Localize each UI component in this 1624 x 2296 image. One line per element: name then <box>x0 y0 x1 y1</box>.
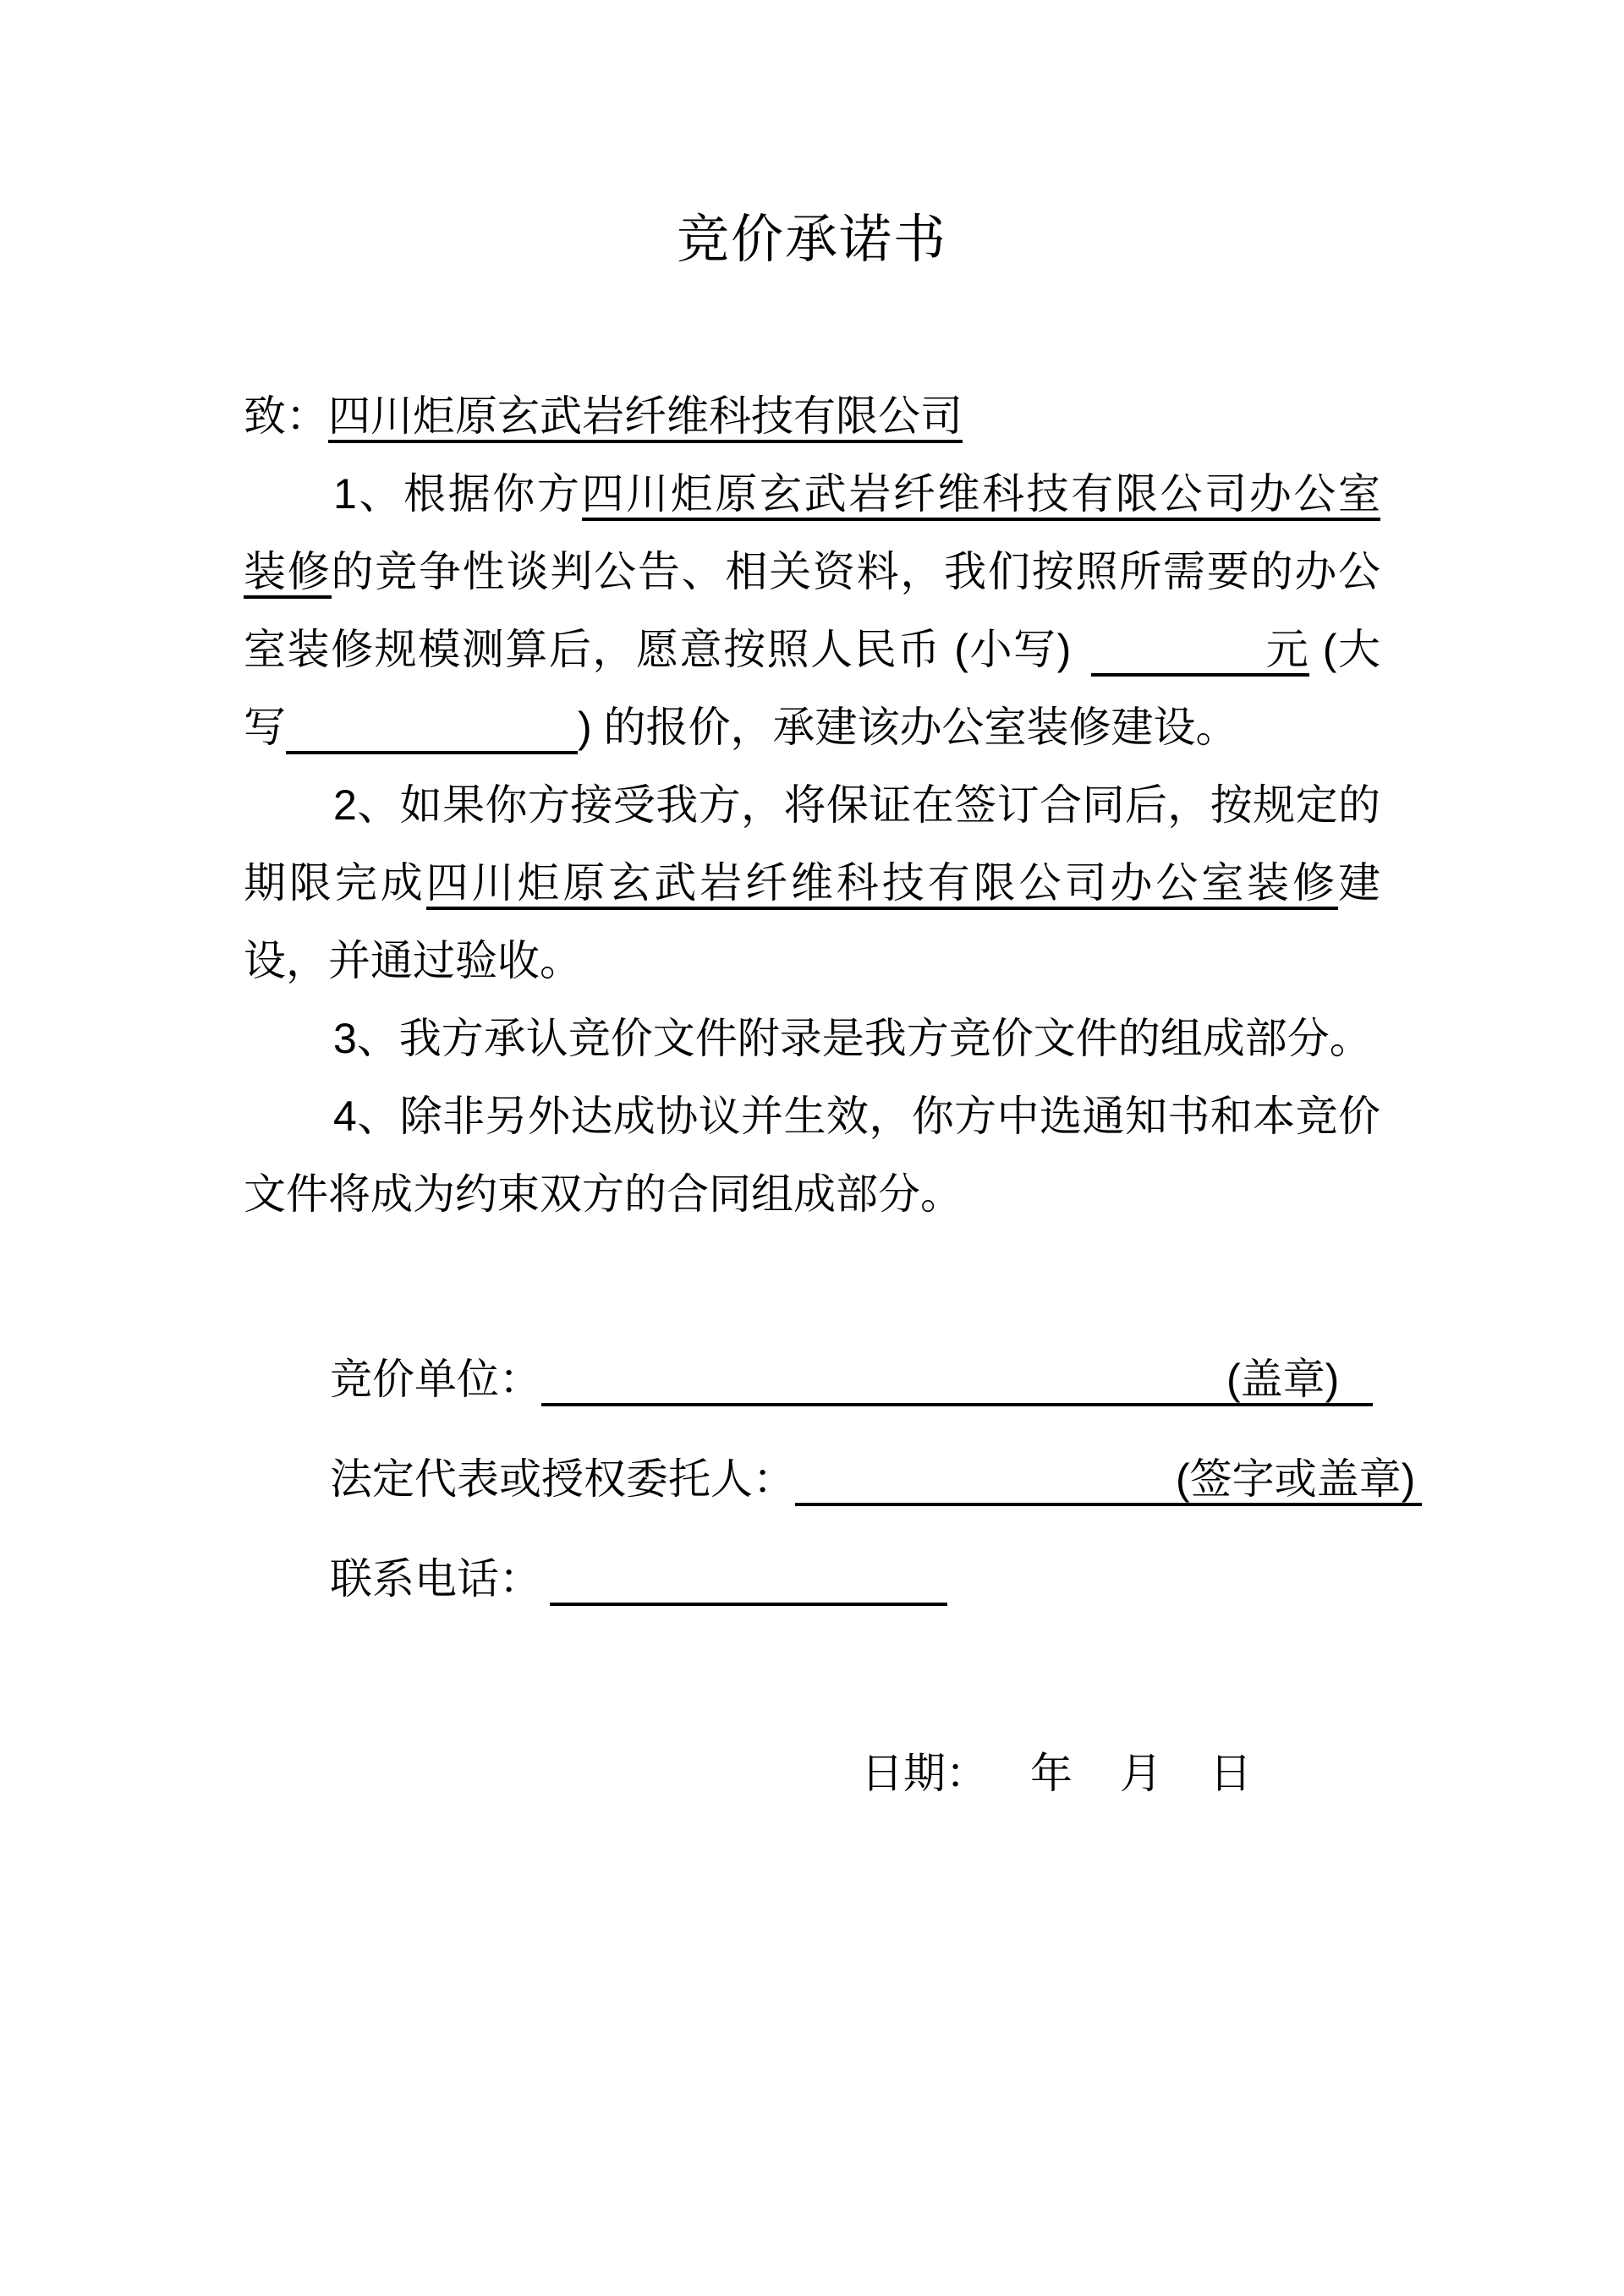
blank-representative-signature: (签字或盖章) <box>795 1455 1422 1506</box>
date-year-label: 年 <box>1030 1750 1073 1797</box>
para1-line1-text: 1、根据你方 <box>333 470 582 518</box>
para3-line1: 3、我方承认竞价文件附录是我方竞价文件的组成部分。 <box>244 1000 1380 1077</box>
bidder-unit-line: 竞价单位：(盖章) <box>330 1350 1385 1409</box>
para1-line3-tail: (大 <box>1309 626 1380 673</box>
para4-line2-text: 文件将成为约束双方的合同组成部分。 <box>244 1170 963 1218</box>
para2-line2-head: 期限完成 <box>244 859 426 907</box>
para2-line3: 设，并通过验收。 <box>244 922 1380 1000</box>
signature-block: 竞价单位：(盖章) 法定代表或授权委托人：(签字或盖章) 联系电话： <box>330 1350 1385 1649</box>
date-line: 日期：年月日 <box>861 1744 1252 1803</box>
para1-line4: 写) 的报价，承建该办公室装修建设。 <box>244 688 1380 766</box>
legal-representative-label: 法定代表或授权委托人： <box>330 1455 795 1503</box>
date-month-label: 月 <box>1120 1750 1162 1797</box>
para1-line4-tail: ) 的报价，承建该办公室装修建设。 <box>578 704 1238 751</box>
para3-text: 3、我方承认竞价文件附录是我方竞价文件的组成部分。 <box>333 1015 1372 1062</box>
para4-line1: 4、除非另外达成协议并生效，你方中选通知书和本竞价 <box>244 1077 1380 1155</box>
para4-line1-text: 4、除非另外达成协议并生效，你方中选通知书和本竞价 <box>333 1093 1380 1140</box>
contact-phone-label: 联系电话： <box>330 1555 541 1603</box>
sign-or-seal-note: (签字或盖章) <box>1176 1455 1415 1503</box>
blank-amount-words <box>286 704 578 754</box>
para1-line3: 室装修规模测算后，愿意按照人民币 (小写)元 (大 <box>244 611 1380 688</box>
yuan-unit-underlined: 元 <box>1265 626 1309 677</box>
contact-phone-line: 联系电话： <box>330 1549 1385 1608</box>
salutation-line: 致：四川炬原玄武岩纤维科技有限公司 <box>244 377 1380 455</box>
document-body: 致：四川炬原玄武岩纤维科技有限公司 1、根据你方四川炬原玄武岩纤维科技有限公司办… <box>244 377 1380 1233</box>
document-page: 竞价承诺书 致：四川炬原玄武岩纤维科技有限公司 1、根据你方四川炬原玄武岩纤维科… <box>0 0 1624 2296</box>
seal-note: (盖章) <box>1226 1356 1339 1403</box>
date-day-label: 日 <box>1210 1750 1252 1797</box>
blank-amount-numeric <box>1091 626 1265 677</box>
para2-line1: 2、如果你方接受我方，将保证在签订合同后，按规定的 <box>244 766 1380 844</box>
blank-bidder-name: (盖章) <box>541 1356 1373 1406</box>
project-word-underlined: 装修 <box>244 548 332 599</box>
legal-representative-line: 法定代表或授权委托人：(签字或盖章) <box>330 1449 1385 1509</box>
recipient-company-name: 四川炬原玄武岩纤维科技有限公司 <box>328 392 963 443</box>
para2-line2: 期限完成四川炬原玄武岩纤维科技有限公司办公室装修建 <box>244 844 1380 922</box>
date-label: 日期： <box>861 1750 988 1797</box>
document-title: 竞价承诺书 <box>0 210 1624 271</box>
para1-line4-head: 写 <box>244 704 286 751</box>
bidder-unit-label: 竞价单位： <box>330 1356 541 1403</box>
blank-phone-number <box>550 1555 947 1606</box>
para2-line2-tail: 建 <box>1338 859 1380 907</box>
project-owner-name-underlined-2: 四川炬原玄武岩纤维科技有限公司办公室装修 <box>426 859 1338 910</box>
para1-line2-text: 的竞争性谈判公告、相关资料，我们按照所需要的办公 <box>332 548 1380 595</box>
para1-line1: 1、根据你方四川炬原玄武岩纤维科技有限公司办公室 <box>244 455 1380 533</box>
para1-line3-text: 室装修规模测算后，愿意按照人民币 (小写) <box>244 626 1071 673</box>
para4-line2: 文件将成为约束双方的合同组成部分。 <box>244 1155 1380 1233</box>
salutation-label: 致： <box>244 392 328 440</box>
para2-line3-text: 设，并通过验收。 <box>244 937 582 984</box>
project-owner-name-underlined: 四川炬原玄武岩纤维科技有限公司办公室 <box>582 470 1381 521</box>
para2-line1-text: 2、如果你方接受我方，将保证在签订合同后，按规定的 <box>333 781 1380 829</box>
para1-line2: 装修的竞争性谈判公告、相关资料，我们按照所需要的办公 <box>244 533 1380 611</box>
